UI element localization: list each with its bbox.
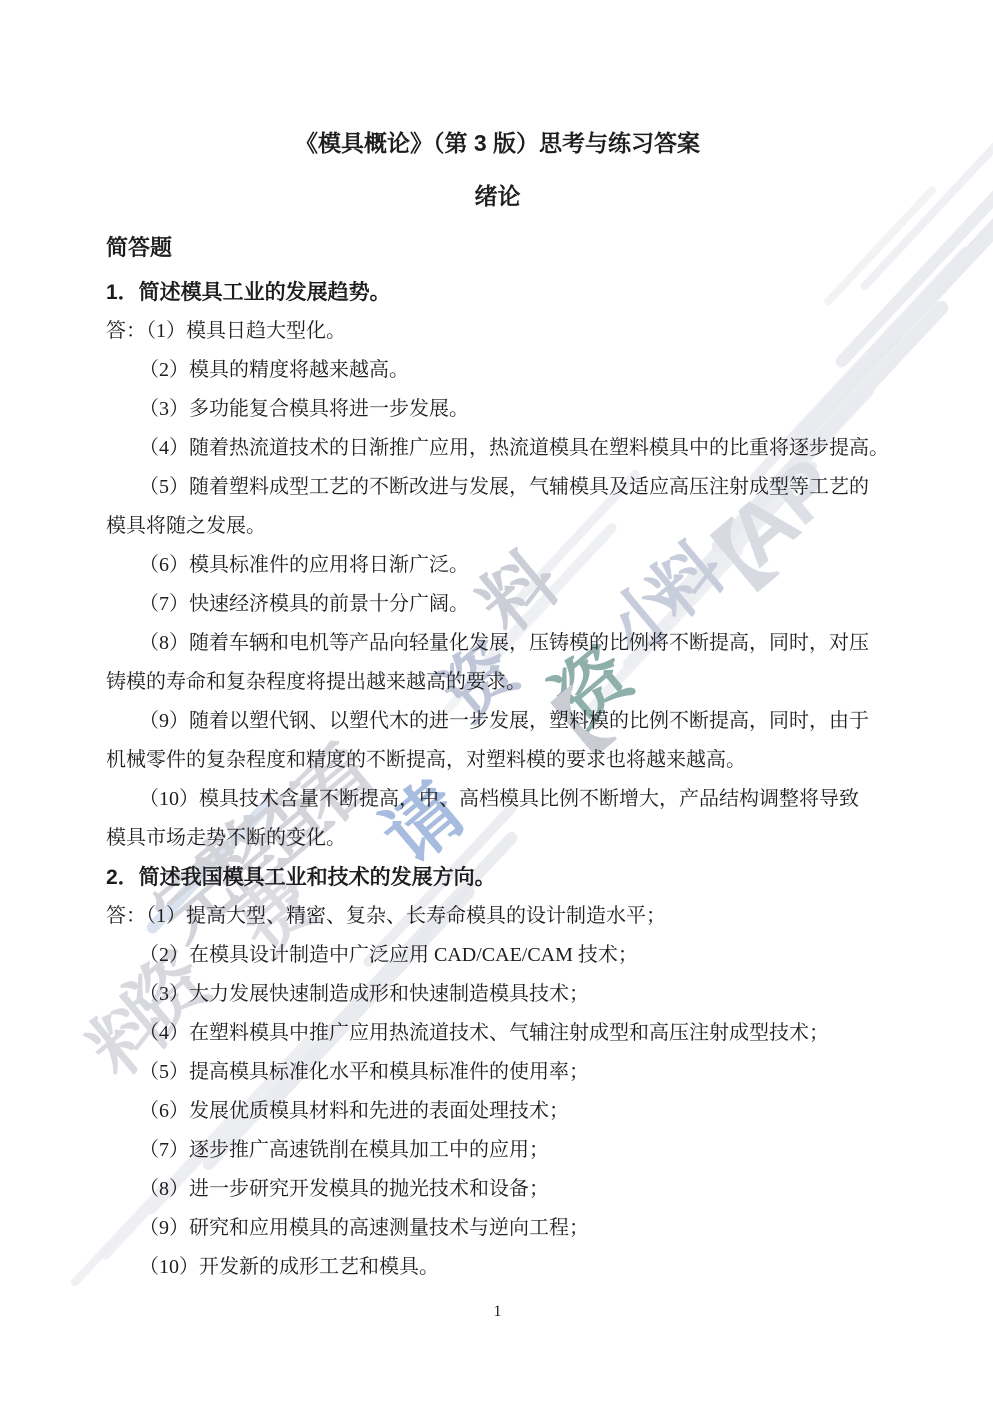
- answer-line: 铸模的寿命和复杂程度将提出越来越高的要求。: [106, 663, 889, 702]
- answer-line: （10）模具技术含量不断提高，中、高档模具比例不断增大，产品结构调整将导致: [106, 780, 889, 819]
- page-number: 1: [106, 1301, 889, 1323]
- answer-line: （3）多功能复合模具将进一步发展。: [106, 390, 889, 429]
- answer-line: （10）开发新的成形工艺和模具。: [106, 1248, 889, 1287]
- answer-line: 模具将随之发展。: [106, 507, 889, 546]
- answer-line: （7）逐步推广高速铣削在模具加工中的应用；: [106, 1131, 889, 1170]
- answer-line: （5）随着塑料成型工艺的不断改进与发展，气辅模具及适应高压注射成型等工艺的: [106, 468, 889, 507]
- document-page: 料小料资【资【AP查看完整请费资料 《模具概论》（第 3 版）思考与练习答案 绪…: [0, 0, 993, 1404]
- answer-line: （3）大力发展快速制造成形和快速制造模具技术；: [106, 975, 889, 1014]
- document-title: 《模具概论》（第 3 版）思考与练习答案: [106, 128, 889, 158]
- answer-line: （7）快速经济模具的前景十分广阔。: [106, 585, 889, 624]
- answer-line: 模具市场走势不断的变化。: [106, 819, 889, 858]
- answer-line: （5）提高模具标准化水平和模具标准件的使用率；: [106, 1053, 889, 1092]
- answer-line: （9）研究和应用模具的高速测量技术与逆向工程；: [106, 1209, 889, 1248]
- answer-line: （8）进一步研究开发模具的抛光技术和设备；: [106, 1170, 889, 1209]
- answer-line: （6）发展优质模具材料和先进的表面处理技术；: [106, 1092, 889, 1131]
- answer-line: 机械零件的复杂程度和精度的不断提高，对塑料模的要求也将越来越高。: [106, 741, 889, 780]
- answer-line: （9）随着以塑代钢、以塑代木的进一步发展，塑料模的比例不断提高，同时，由于: [106, 702, 889, 741]
- answer-line: 答：（1）提高大型、精密、复杂、长寿命模具的设计制造水平；: [106, 897, 889, 936]
- answer-line: （2）模具的精度将越来越高。: [106, 351, 889, 390]
- chapter-heading: 绪论: [106, 181, 889, 211]
- section-heading: 简答题: [106, 233, 889, 263]
- answer-line: （8）随着车辆和电机等产品向轻量化发展，压铸模的比例将不断提高，同时，对压: [106, 624, 889, 663]
- answer-line: 答：（1）模具日趋大型化。: [106, 312, 889, 351]
- document-body: 1．简述模具工业的发展趋势。答：（1）模具日趋大型化。（2）模具的精度将越来越高…: [106, 273, 889, 1287]
- answer-line: （2）在模具设计制造中广泛应用 CAD/CAE/CAM 技术；: [106, 936, 889, 975]
- question-heading: 2．简述我国模具工业和技术的发展方向。: [106, 858, 889, 897]
- answer-line: （4）在塑料模具中推广应用热流道技术、气辅注射成型和高压注射成型技术；: [106, 1014, 889, 1053]
- answer-line: （4）随着热流道技术的日渐推广应用，热流道模具在塑料模具中的比重将逐步提高。: [106, 429, 889, 468]
- answer-line: （6）模具标准件的应用将日渐广泛。: [106, 546, 889, 585]
- question-heading: 1．简述模具工业的发展趋势。: [106, 273, 889, 312]
- document-content: 《模具概论》（第 3 版）思考与练习答案 绪论 简答题 1．简述模具工业的发展趋…: [0, 128, 993, 1323]
